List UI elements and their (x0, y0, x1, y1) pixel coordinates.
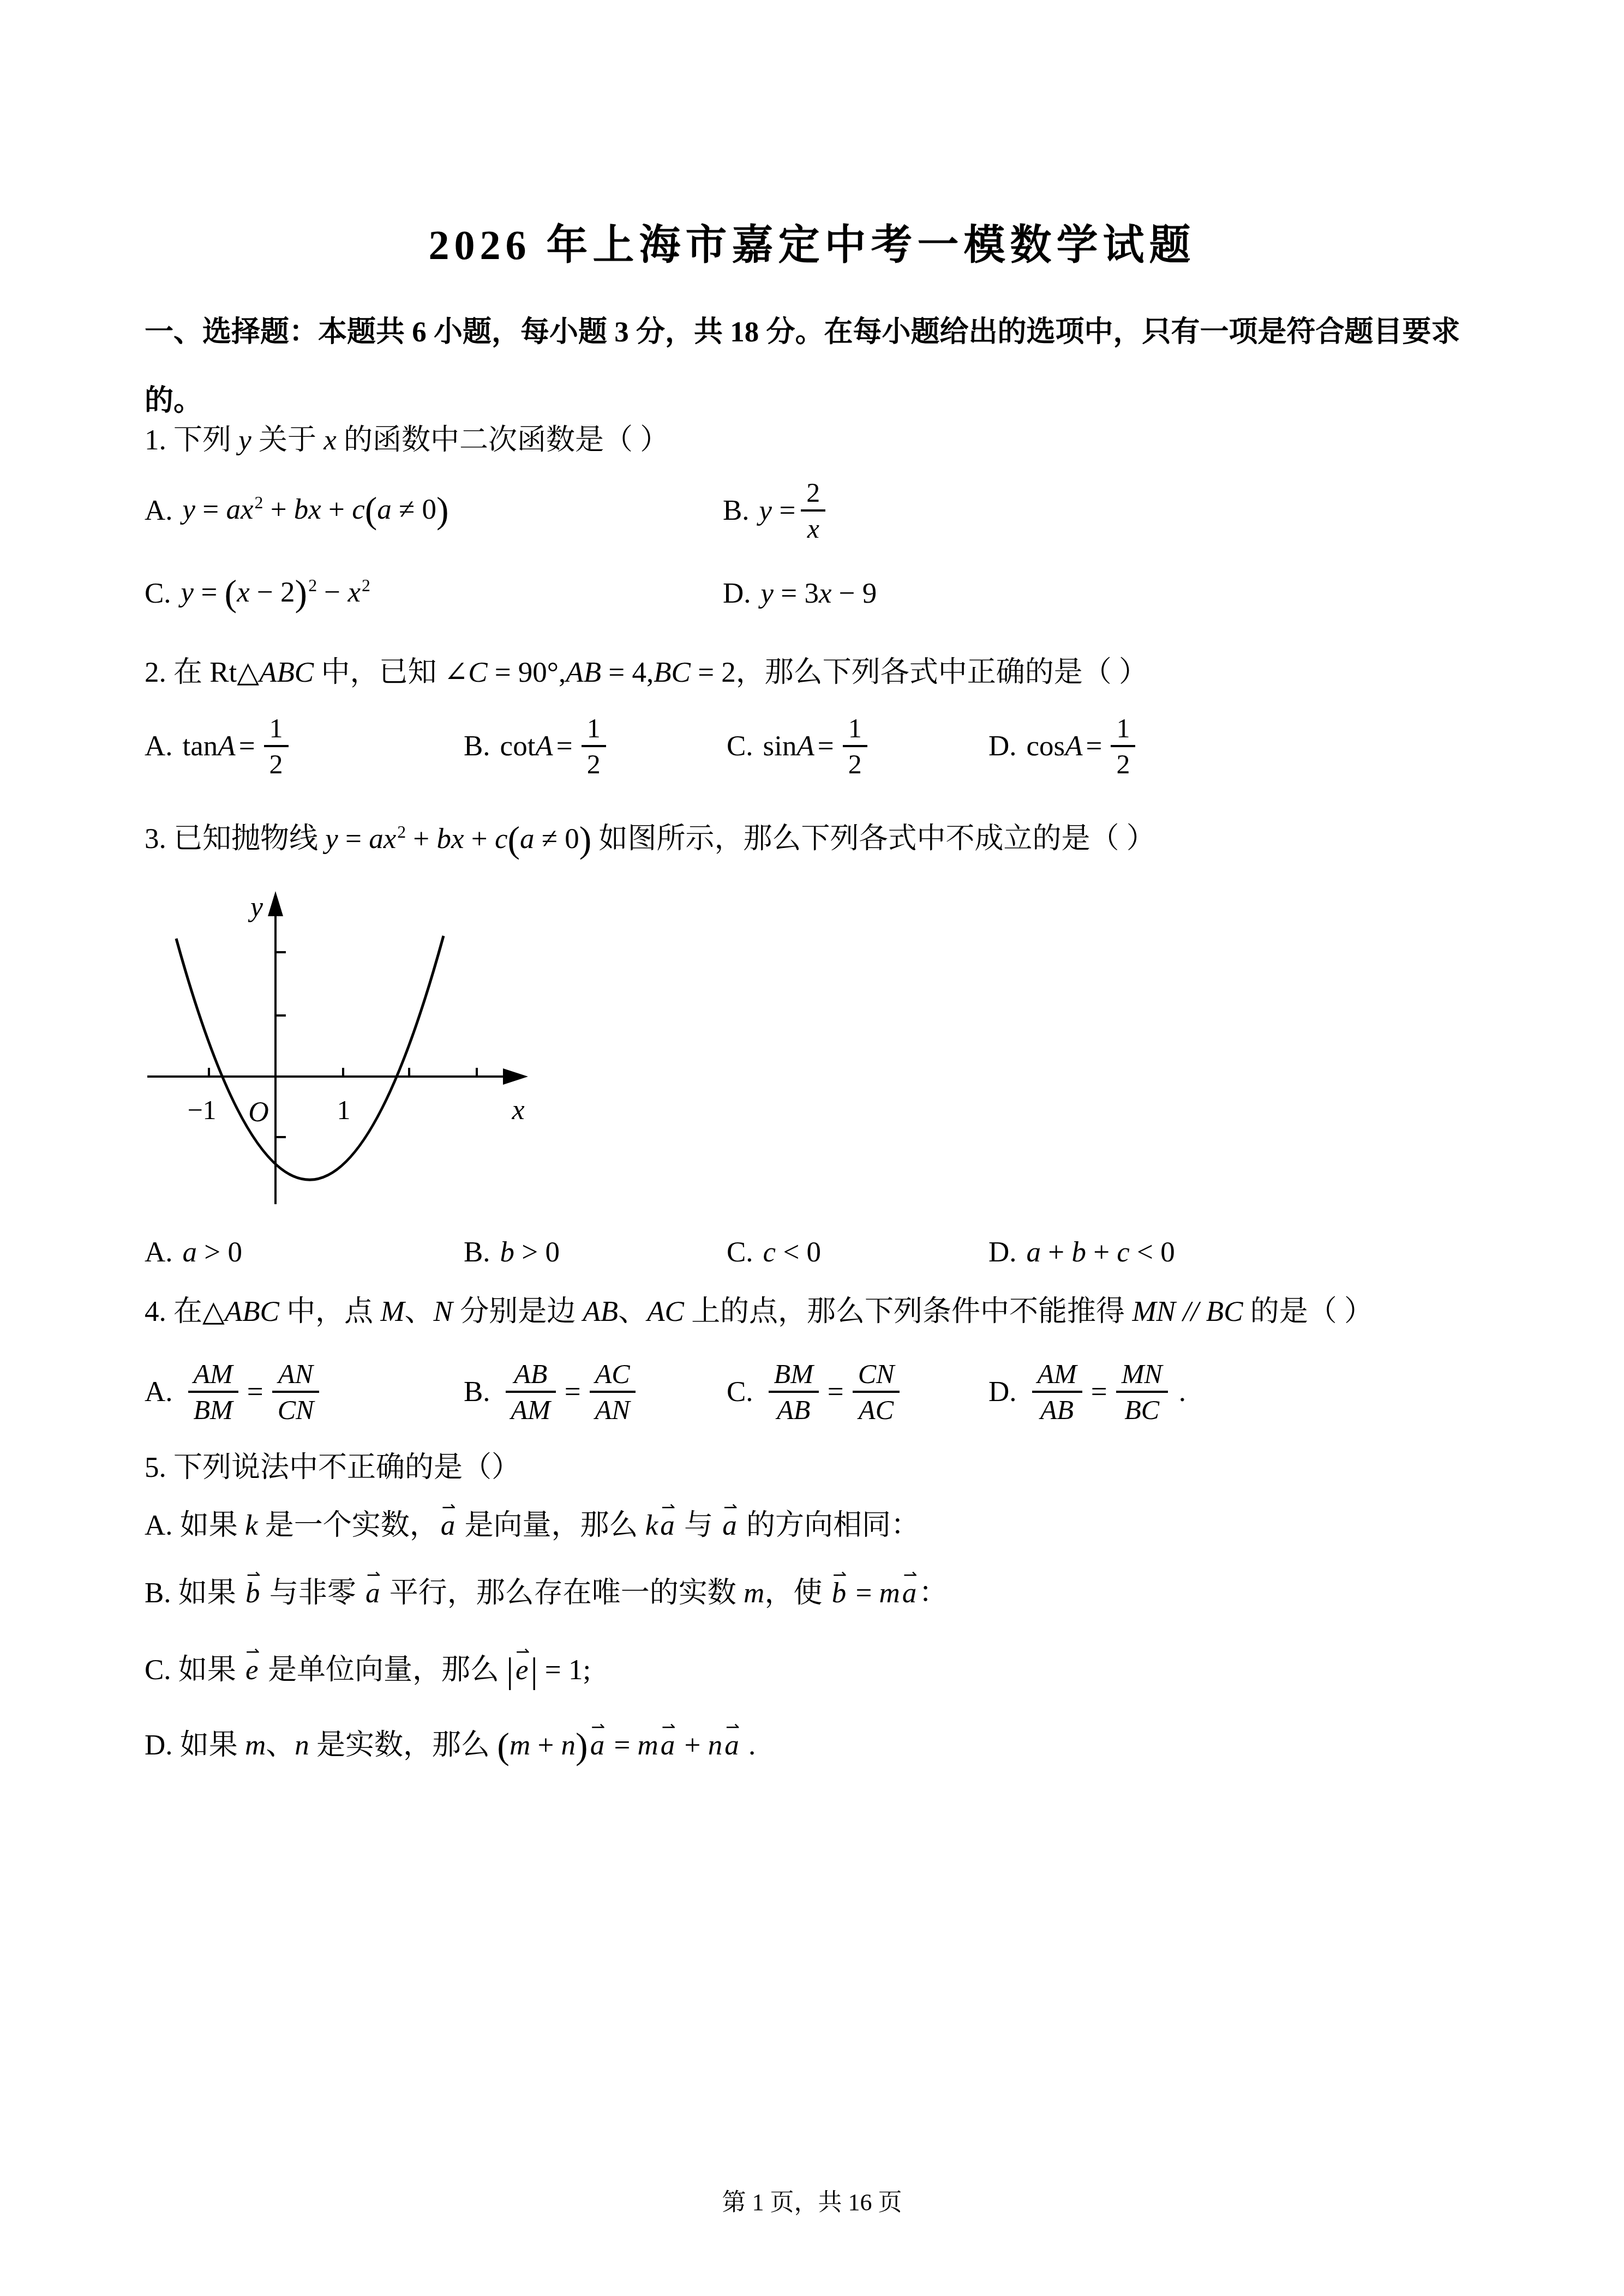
text-segment: b (294, 494, 309, 525)
tick-label-minus-one: −1 (187, 1095, 216, 1125)
text-segment: y (761, 578, 774, 609)
text-segment: − 9 (831, 578, 877, 609)
text-segment: C (468, 657, 487, 688)
text-segment: ) (295, 573, 308, 614)
text-segment: | (531, 1651, 538, 1690)
text-segment: c (495, 823, 508, 855)
text-segment: a (590, 1726, 605, 1765)
text-segment: = (194, 576, 224, 608)
exam-page: 2026 年上海市嘉定中考一模数学试题 一、选择题：本题共 6 小题，每小题 3… (0, 0, 1624, 2296)
text-segment: y (325, 823, 338, 855)
text-segment: a (722, 1506, 737, 1546)
equals-sign: = (556, 730, 573, 762)
q3-option-a: A. a > 0 (145, 1231, 242, 1273)
q2-option-a: A. tanA = 12 (145, 702, 294, 790)
text-segment: BC (1206, 1296, 1243, 1327)
text-segment: 的是（ ） (1243, 1296, 1374, 1327)
trig-function: cot (500, 730, 536, 762)
fraction-numerator: CN (853, 1359, 900, 1391)
option-formula-prefix: y = (759, 494, 796, 527)
q3-option-c: C. c < 0 (727, 1231, 821, 1273)
q1-option-c: C. y = (x − 2)2 − x2 (145, 567, 370, 620)
fraction: 12 (264, 713, 289, 779)
fraction-right: MNBC (1116, 1359, 1168, 1425)
fraction-left: AMBM (188, 1359, 238, 1425)
text-segment: 5. 下列说法中不正确的是（） (145, 1452, 520, 1483)
q5-option-b: B. 如果 b 与非零 a 平行，那么存在唯一的实数 m，使 b = ma： (145, 1574, 1508, 1613)
fraction: 2 x (801, 477, 825, 544)
text-segment: 是向量，那么 (457, 1510, 645, 1541)
question-3-stem: 3. 已知抛物线 y = ax2 + bx + c(a ≠ 0) 如图所示，那么… (145, 815, 1508, 865)
fraction-numerator: AB (506, 1359, 556, 1391)
text-segment: = (195, 494, 226, 525)
fraction-denominator: x (801, 509, 825, 544)
option-label: D. (988, 730, 1017, 762)
y-axis-label: y (248, 892, 263, 923)
q2-option-c: C. sinA = 12 (727, 702, 873, 790)
text-segment: = (607, 1729, 637, 1761)
option-formula: y = ax2 + bx + c(a ≠ 0) (183, 489, 449, 532)
section-heading-line1: 一、选择题：本题共 6 小题，每小题 3 分，共 18 分。在每小题给出的选项中… (145, 298, 1492, 366)
fraction-right: ANCN (272, 1359, 320, 1425)
option-label: B. (464, 1236, 490, 1269)
equals-sign: = (565, 1375, 581, 1408)
text-segment: c (352, 494, 365, 525)
option-label: D. (988, 1375, 1017, 1408)
option-label: B. (464, 730, 490, 762)
fraction-numerator: AM (188, 1359, 238, 1391)
text-segment: 中，已知 (314, 657, 444, 688)
text-segment: 2 (254, 493, 263, 512)
text-segment: + (263, 494, 293, 525)
text-segment: ) (576, 1726, 588, 1766)
text-segment: = (772, 495, 795, 526)
text-segment: b (245, 1574, 260, 1613)
text-segment: ( (497, 1726, 510, 1766)
option-formula: b > 0 (500, 1236, 560, 1269)
option-formula: c < 0 (763, 1236, 821, 1269)
text-segment: 与非零 (262, 1577, 364, 1609)
text-segment: 是一个实数， (258, 1510, 439, 1541)
text-segment: a (377, 494, 392, 525)
fraction-right: CNAC (853, 1359, 900, 1425)
text-segment: ： (919, 1577, 948, 1609)
text-segment: C. 如果 (145, 1654, 243, 1686)
question-1-stem: 1. 下列 y 关于 x 的函数中二次函数是（ ） (145, 421, 1508, 460)
text-segment: AB (583, 1296, 618, 1327)
text-segment: 中，点 (279, 1296, 381, 1327)
option-label: D. (988, 1236, 1017, 1269)
fraction: 12 (582, 713, 606, 779)
option-formula: y = 3x − 9 (761, 577, 877, 610)
text-segment: 如图所示，那么下列各式中不成立的是（ ） (591, 823, 1155, 855)
text-segment: k (645, 1510, 658, 1541)
q1-option-a: A. y = ax2 + bx + c(a ≠ 0) (145, 464, 449, 557)
text-segment: = 3 (774, 578, 819, 609)
text-segment: x (323, 424, 337, 456)
text-segment: 2. 在 Rt (145, 657, 237, 688)
fraction-denominator: CN (272, 1391, 320, 1425)
text-segment: n (708, 1729, 723, 1761)
text-segment: 、 (618, 1296, 647, 1327)
fraction-denominator: AB (769, 1391, 819, 1425)
q3-option-d: D. a + b + c < 0 (988, 1231, 1175, 1273)
text-segment: < 0 (1130, 1236, 1175, 1268)
text-segment: 的方向相同： (739, 1510, 920, 1541)
text-segment: n (561, 1729, 576, 1761)
option-label: C. (727, 1375, 753, 1408)
text-segment: − 2 (250, 576, 295, 608)
text-segment: x (451, 823, 464, 855)
text-segment: = (848, 1577, 879, 1609)
text-segment: x (383, 823, 397, 855)
text-segment: b (437, 823, 452, 855)
text-segment: = 1; (538, 1654, 591, 1686)
text-segment: ABC (259, 657, 314, 688)
text-segment: x (241, 494, 254, 525)
text-segment: e (245, 1651, 259, 1690)
angle-variable: A (535, 730, 553, 762)
text-segment: ) (579, 819, 592, 860)
q1-option-b: B. y = 2 x (723, 464, 831, 557)
text-segment: a (661, 1726, 675, 1765)
q5-option-c: C. 如果 e 是单位向量，那么 |e| = 1; (145, 1647, 1508, 1694)
option-label: D. (723, 577, 751, 610)
text-segment: + (1041, 1236, 1071, 1268)
text-segment: B. 如果 (145, 1577, 243, 1609)
text-segment: b (832, 1574, 847, 1613)
text-segment: x (347, 576, 361, 608)
text-segment: . (741, 1729, 756, 1761)
q4-option-c: C. BMAB = CNAC (727, 1343, 905, 1441)
text-segment: 上的点，那么下列条件中不能推得 (684, 1296, 1132, 1327)
text-segment: AB (566, 657, 601, 688)
text-segment: a (520, 823, 535, 855)
text-segment: b (1071, 1236, 1086, 1268)
text-segment: a (365, 1574, 380, 1613)
text-segment: b (500, 1236, 515, 1268)
text-segment: △ (202, 1296, 225, 1327)
text-segment: ，使 (764, 1577, 829, 1609)
text-segment: a (226, 494, 241, 525)
option-formula: y = (x − 2)2 − x2 (181, 572, 370, 615)
page-title: 2026 年上海市嘉定中考一模数学试题 (0, 212, 1624, 271)
q4-option-a: A. AMBM = ANCN (145, 1343, 325, 1441)
option-formula: a + b + c < 0 (1027, 1236, 1175, 1269)
text-segment: = (338, 823, 369, 855)
option-label: A. (145, 494, 173, 527)
fraction-numerator: MN (1116, 1359, 1168, 1391)
text-segment: x (237, 576, 250, 608)
fraction-left: BMAB (769, 1359, 819, 1425)
q5-option-d: D. 如果 m、n 是实数，那么 (m + n)a = ma + na . (145, 1721, 1508, 1771)
fraction-left: ABAM (506, 1359, 556, 1425)
option-formula: a > 0 (183, 1236, 242, 1269)
text-segment: | (506, 1651, 513, 1690)
fraction: 12 (1111, 713, 1135, 779)
question-4-stem: 4. 在△ABC 中，点 M、N 分别是边 AB、AC 上的点，那么下列条件中不… (145, 1293, 1508, 1332)
text-segment: AC (647, 1296, 684, 1327)
section-heading: 一、选择题：本题共 6 小题，每小题 3 分，共 18 分。在每小题给出的选项中… (145, 298, 1492, 435)
text-segment: 是单位向量，那么 (261, 1654, 507, 1686)
text-segment: BC (654, 657, 691, 688)
text-segment: ∠ (444, 657, 468, 688)
fraction-numerator: AM (1032, 1359, 1082, 1391)
text-segment: m (245, 1729, 266, 1761)
text-segment: n (295, 1729, 309, 1761)
text-segment: k (245, 1510, 258, 1541)
text-segment: ( (507, 819, 520, 860)
tick-label-one: 1 (337, 1095, 351, 1125)
text-segment: y (183, 494, 196, 525)
fraction-numerator: 1 (1111, 713, 1135, 745)
text-segment: a (902, 1574, 917, 1613)
fraction-numerator: 1 (582, 713, 606, 745)
angle-variable: A (1065, 730, 1082, 762)
fraction-denominator: 2 (264, 745, 289, 779)
text-segment: > 0 (197, 1236, 242, 1268)
text-segment: ABC (225, 1296, 279, 1327)
question-5-stem: 5. 下列说法中不正确的是（） (145, 1448, 1508, 1488)
q3-option-b: B. b > 0 (464, 1231, 560, 1273)
question-2-stem: 2. 在 Rt△ABC 中，已知 ∠C = 90°,AB = 4,BC = 2，… (145, 653, 1508, 693)
text-segment: a (183, 1236, 197, 1268)
option-label: A. (145, 1236, 173, 1269)
fraction-left: AMAB (1032, 1359, 1082, 1425)
text-segment: e (516, 1651, 529, 1690)
fraction-denominator: 2 (843, 745, 867, 779)
text-segment: A. 如果 (145, 1510, 245, 1541)
fraction-right: ACAN (590, 1359, 636, 1425)
text-segment: m (744, 1577, 764, 1609)
fraction-numerator: 2 (801, 477, 825, 509)
text-segment: y (181, 576, 194, 608)
text-segment: c (763, 1236, 776, 1268)
text-segment: ≠ 0 (392, 494, 436, 525)
x-axis-arrowhead (503, 1068, 528, 1085)
angle-variable: A (218, 730, 235, 762)
text-segment: 1. 下列 (145, 424, 238, 456)
equals-sign: = (247, 1375, 263, 1408)
text-segment: a (724, 1726, 739, 1765)
text-segment: = 4, (601, 657, 654, 688)
equals-sign: = (239, 730, 255, 762)
parabola-figure: y x O −1 1 (136, 885, 540, 1218)
text-segment: x (308, 494, 321, 525)
text-segment: 平行，那么存在唯一的实数 (382, 1577, 744, 1609)
text-segment: − (317, 576, 347, 608)
text-segment: 、 (405, 1296, 434, 1327)
text-segment: 与 (677, 1510, 721, 1541)
text-segment: = 2，那么下列各式中正确的是（ ） (691, 657, 1148, 688)
fraction-denominator: AB (1032, 1391, 1082, 1425)
text-segment: 是实数，那么 (309, 1729, 498, 1761)
text-segment: MN (1132, 1296, 1176, 1327)
fraction-numerator: AN (272, 1359, 320, 1391)
q2-option-b: B. cotA = 12 (464, 702, 612, 790)
text-segment: = 90°, (487, 657, 566, 688)
text-segment: < 0 (776, 1236, 821, 1268)
text-segment: ) (436, 490, 449, 531)
fraction-denominator: AC (853, 1391, 900, 1425)
text-segment: m (510, 1729, 530, 1761)
text-segment: + (321, 494, 352, 525)
parabola-curve (176, 936, 444, 1180)
fraction-denominator: AM (506, 1391, 556, 1425)
fraction: 12 (843, 713, 867, 779)
text-segment: + (677, 1729, 708, 1761)
option-label: C. (727, 1236, 753, 1269)
text-segment: // (1176, 1296, 1206, 1327)
text-segment: a (441, 1506, 456, 1546)
text-segment: N (434, 1296, 453, 1327)
option-label: A. (145, 730, 173, 762)
fraction-denominator: 2 (1111, 745, 1135, 779)
text-segment: 分别是边 (453, 1296, 583, 1327)
text-segment: 4. 在 (145, 1296, 202, 1327)
text-segment: a (369, 823, 383, 855)
fraction-denominator: BC (1116, 1391, 1168, 1425)
option-label: B. (464, 1375, 490, 1408)
text-segment: ( (225, 573, 237, 614)
q5-option-a: A. 如果 k 是一个实数，a 是向量，那么 ka 与 a 的方向相同： (145, 1506, 1508, 1546)
equals-sign: = (828, 1375, 844, 1408)
text-segment: 、 (266, 1729, 295, 1761)
text-segment: a (660, 1506, 675, 1546)
q4-option-b: B. ABAM = ACAN (464, 1343, 641, 1441)
text-segment: 2 (308, 576, 317, 595)
text-segment: D. 如果 (145, 1729, 245, 1761)
trig-function: sin (763, 730, 797, 762)
text-segment: m (638, 1729, 658, 1761)
origin-label: O (248, 1097, 269, 1128)
q4-option-d: D. AMAB = MNBC . (988, 1343, 1186, 1441)
fraction-numerator: AC (590, 1359, 636, 1391)
text-segment: ≠ 0 (535, 823, 579, 855)
option-label: C. (145, 577, 171, 610)
text-segment: a (1027, 1236, 1041, 1268)
text-segment: + (1086, 1236, 1117, 1268)
option-label: C. (727, 730, 753, 762)
text-segment: y (238, 424, 251, 456)
y-axis-arrowhead (268, 891, 283, 916)
fraction-numerator: 1 (264, 713, 289, 745)
fraction-denominator: AN (590, 1391, 636, 1425)
q2-option-d: D. cosA = 12 (988, 702, 1141, 790)
text-segment: 2 (397, 822, 406, 842)
text-segment: + (530, 1729, 561, 1761)
text-segment: 2 (362, 576, 370, 595)
equals-sign: = (1086, 730, 1102, 762)
text-segment: c (1117, 1236, 1130, 1268)
fraction-numerator: BM (769, 1359, 819, 1391)
text-segment: M (380, 1296, 404, 1327)
trig-function: tan (183, 730, 218, 762)
angle-variable: A (796, 730, 814, 762)
fraction-denominator: 2 (582, 745, 606, 779)
text-segment: + (464, 823, 495, 855)
q1-option-d: D. y = 3x − 9 (723, 567, 877, 620)
option-label: B. (723, 494, 750, 527)
fraction-denominator: BM (188, 1391, 238, 1425)
text-segment: > 0 (514, 1236, 560, 1268)
equals-sign: = (818, 730, 834, 762)
text-segment: y (759, 495, 772, 526)
text-segment: ( (365, 490, 377, 531)
text-segment: 3. 已知抛物线 (145, 823, 325, 855)
page-footer: 第 1 页，共 16 页 (0, 2183, 1624, 2217)
trig-function: cos (1027, 730, 1065, 762)
text-segment: x (819, 578, 832, 609)
text-segment: 关于 (251, 424, 324, 456)
option-label: A. (145, 1375, 173, 1408)
equals-sign: = (1091, 1375, 1107, 1408)
x-axis-label: x (511, 1095, 524, 1126)
text-segment: 的函数中二次函数是（ ） (337, 424, 669, 456)
text-segment: m (879, 1577, 900, 1609)
fraction-numerator: 1 (843, 713, 867, 745)
text-segment: + (406, 823, 436, 855)
option-period: . (1179, 1375, 1186, 1408)
text-segment: △ (237, 657, 259, 688)
